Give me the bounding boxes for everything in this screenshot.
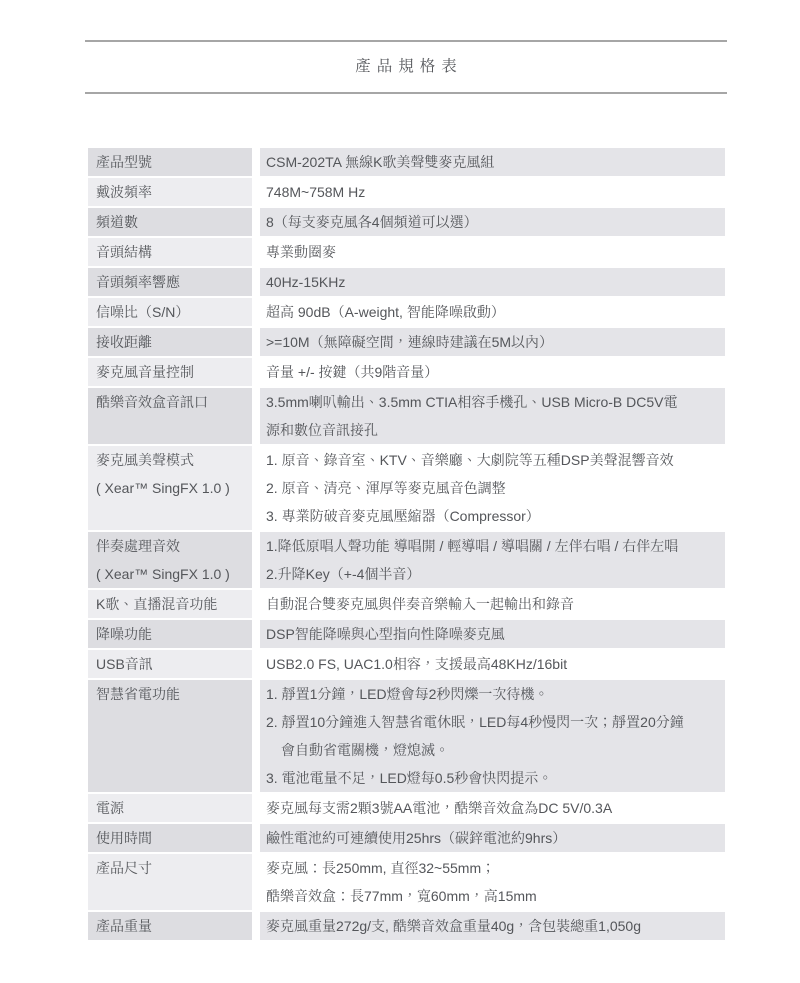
- spec-value-cell: 1. 靜置1分鐘，LED燈會每2秒閃爍一次待機。2. 靜置10分鐘進入智慧省電休…: [260, 680, 725, 792]
- spec-label-cell: 麥克風美聲模式( Xear™ SingFX 1.0 ): [88, 446, 252, 530]
- spec-value-cell: 3.5mm喇叭輸出、3.5mm CTIA相容手機孔、USB Micro-B DC…: [260, 388, 725, 444]
- page-title: 產品規格表: [85, 57, 727, 77]
- spec-value-cell: 1. 原音、錄音室、KTV、音樂廳、大劇院等五種DSP美聲混響音效2. 原音、清…: [260, 446, 725, 530]
- spec-value-cell: 748M~758M Hz: [260, 178, 725, 206]
- spec-row: 降噪功能 DSP智能降噪與心型指向性降噪麥克風: [88, 620, 725, 648]
- spec-value-line: 麥克風重量272g/支, 酷樂音效盒重量40g，含包裝總重1,050g: [266, 912, 725, 940]
- spec-label-line: 智慧省電功能: [96, 680, 252, 708]
- spec-label-line: 產品型號: [96, 148, 252, 176]
- spec-value-line: 超高 90dB（A-weight, 智能降噪啟動）: [266, 298, 725, 326]
- spec-row: 戴波頻率 748M~758M Hz: [88, 178, 725, 206]
- spec-row: 電源 麥克風每支需2顆3號AA電池，酷樂音效盒為DC 5V/0.3A: [88, 794, 725, 822]
- spec-table: 產品型號 CSM-202TA 無線K歌美聲雙麥克風組 戴波頻率 748M~758…: [88, 148, 725, 942]
- spec-label-cell: 使用時間: [88, 824, 252, 852]
- spec-row: 智慧省電功能 1. 靜置1分鐘，LED燈會每2秒閃爍一次待機。2. 靜置10分鐘…: [88, 680, 725, 792]
- spec-value-line: 專業動圈麥: [266, 238, 725, 266]
- spec-label-line: 產品重量: [96, 912, 252, 940]
- spec-row: 信噪比（S/N） 超高 90dB（A-weight, 智能降噪啟動）: [88, 298, 725, 326]
- spec-label-line: 麥克風音量控制: [96, 358, 252, 386]
- spec-value-cell: >=10M（無障礙空間，連線時建議在5M以內）: [260, 328, 725, 356]
- spec-value-line: 3. 電池電量不足，LED燈每0.5秒會快閃提示。: [266, 764, 725, 792]
- title-bottom-rule: [85, 92, 727, 94]
- spec-value-line: 自動混合雙麥克風與伴奏音樂輸入一起輸出和錄音: [266, 590, 725, 618]
- spec-value-line: 音量 +/- 按鍵（共9階音量）: [266, 358, 725, 386]
- spec-value-cell: 專業動圈麥: [260, 238, 725, 266]
- spec-label-cell: 產品尺寸: [88, 854, 252, 910]
- spec-row: 接收距離 >=10M（無障礙空間，連線時建議在5M以內）: [88, 328, 725, 356]
- spec-row: 音頭結構 專業動圈麥: [88, 238, 725, 266]
- spec-value-line: 會自動省電關機，燈熄滅。: [266, 736, 725, 764]
- spec-label-cell: 智慧省電功能: [88, 680, 252, 792]
- spec-label-line: USB音訊: [96, 650, 252, 678]
- spec-label-line: 使用時間: [96, 824, 252, 852]
- spec-label-line: ( Xear™ SingFX 1.0 ): [96, 474, 252, 502]
- spec-label-cell: 音頭頻率響應: [88, 268, 252, 296]
- spec-label-cell: 電源: [88, 794, 252, 822]
- spec-value-line: 1. 靜置1分鐘，LED燈會每2秒閃爍一次待機。: [266, 680, 725, 708]
- spec-row: 頻道數 8（每支麥克風各4個頻道可以選）: [88, 208, 725, 236]
- spec-label-cell: 戴波頻率: [88, 178, 252, 206]
- spec-row: 麥克風美聲模式( Xear™ SingFX 1.0 ) 1. 原音、錄音室、KT…: [88, 446, 725, 530]
- title-top-rule: [85, 40, 727, 42]
- spec-label-cell: 麥克風音量控制: [88, 358, 252, 386]
- spec-value-cell: 麥克風每支需2顆3號AA電池，酷樂音效盒為DC 5V/0.3A: [260, 794, 725, 822]
- spec-value-line: 麥克風每支需2顆3號AA電池，酷樂音效盒為DC 5V/0.3A: [266, 794, 725, 822]
- product-spec-sheet: 產品規格表 產品型號 CSM-202TA 無線K歌美聲雙麥克風組 戴波頻率 74…: [0, 0, 800, 983]
- spec-label-line: 接收距離: [96, 328, 252, 356]
- spec-label-cell: 信噪比（S/N）: [88, 298, 252, 326]
- spec-label-cell: 產品重量: [88, 912, 252, 940]
- spec-row: 伴奏處理音效( Xear™ SingFX 1.0 ) 1.降低原唱人聲功能 導唱…: [88, 532, 725, 588]
- spec-label-cell: 頻道數: [88, 208, 252, 236]
- spec-value-line: 鹼性電池約可連續使用25hrs（碳鋅電池約9hrs）: [266, 824, 725, 852]
- spec-value-line: USB2.0 FS, UAC1.0相容，支援最高48KHz/16bit: [266, 650, 725, 678]
- spec-row: 酷樂音效盒音訊口 3.5mm喇叭輸出、3.5mm CTIA相容手機孔、USB M…: [88, 388, 725, 444]
- spec-value-cell: 麥克風重量272g/支, 酷樂音效盒重量40g，含包裝總重1,050g: [260, 912, 725, 940]
- spec-label-line: 麥克風美聲模式: [96, 446, 252, 474]
- spec-value-line: 1.降低原唱人聲功能 導唱開 / 輕導唱 / 導唱關 / 左伴右唱 / 右伴左唱: [266, 532, 725, 560]
- spec-label-line: 音頭頻率響應: [96, 268, 252, 296]
- spec-label-line: 音頭結構: [96, 238, 252, 266]
- spec-value-line: 3.5mm喇叭輸出、3.5mm CTIA相容手機孔、USB Micro-B DC…: [266, 388, 725, 416]
- spec-row: 產品尺寸 麥克風：長250mm, 直徑32~55mm；酷樂音效盒：長77mm，寬…: [88, 854, 725, 910]
- spec-value-line: 40Hz-15KHz: [266, 268, 725, 296]
- spec-value-cell: CSM-202TA 無線K歌美聲雙麥克風組: [260, 148, 725, 176]
- spec-value-cell: 自動混合雙麥克風與伴奏音樂輸入一起輸出和錄音: [260, 590, 725, 618]
- spec-label-cell: K歌、直播混音功能: [88, 590, 252, 618]
- spec-row: 產品重量 麥克風重量272g/支, 酷樂音效盒重量40g，含包裝總重1,050g: [88, 912, 725, 940]
- spec-value-cell: 40Hz-15KHz: [260, 268, 725, 296]
- spec-label-line: ( Xear™ SingFX 1.0 ): [96, 560, 252, 588]
- spec-value-cell: USB2.0 FS, UAC1.0相容，支援最高48KHz/16bit: [260, 650, 725, 678]
- spec-row: K歌、直播混音功能 自動混合雙麥克風與伴奏音樂輸入一起輸出和錄音: [88, 590, 725, 618]
- spec-label-cell: 伴奏處理音效( Xear™ SingFX 1.0 ): [88, 532, 252, 588]
- spec-value-line: 1. 原音、錄音室、KTV、音樂廳、大劇院等五種DSP美聲混響音效: [266, 446, 725, 474]
- spec-value-line: DSP智能降噪與心型指向性降噪麥克風: [266, 620, 725, 648]
- spec-label-line: 信噪比（S/N）: [96, 298, 252, 326]
- spec-value-cell: 麥克風：長250mm, 直徑32~55mm；酷樂音效盒：長77mm，寬60mm，…: [260, 854, 725, 910]
- spec-label-line: 降噪功能: [96, 620, 252, 648]
- spec-label-cell: 酷樂音效盒音訊口: [88, 388, 252, 444]
- spec-label-line: 頻道數: [96, 208, 252, 236]
- spec-label-cell: 降噪功能: [88, 620, 252, 648]
- spec-value-cell: 8（每支麥克風各4個頻道可以選）: [260, 208, 725, 236]
- spec-value-line: 8（每支麥克風各4個頻道可以選）: [266, 208, 725, 236]
- spec-value-cell: 音量 +/- 按鍵（共9階音量）: [260, 358, 725, 386]
- spec-value-cell: 超高 90dB（A-weight, 智能降噪啟動）: [260, 298, 725, 326]
- spec-value-line: 2. 靜置10分鐘進入智慧省電休眠，LED每4秒慢閃一次；靜置20分鐘: [266, 708, 725, 736]
- spec-label-line: 伴奏處理音效: [96, 532, 252, 560]
- spec-value-line: CSM-202TA 無線K歌美聲雙麥克風組: [266, 148, 725, 176]
- spec-label-line: K歌、直播混音功能: [96, 590, 252, 618]
- spec-value-line: 麥克風：長250mm, 直徑32~55mm；: [266, 854, 725, 882]
- spec-value-line: 源和數位音訊接孔: [266, 416, 725, 444]
- spec-row: 音頭頻率響應 40Hz-15KHz: [88, 268, 725, 296]
- spec-value-line: 3. 專業防破音麥克風壓縮器（Compressor）: [266, 502, 725, 530]
- spec-value-line: 748M~758M Hz: [266, 178, 725, 206]
- spec-row: 麥克風音量控制 音量 +/- 按鍵（共9階音量）: [88, 358, 725, 386]
- spec-label-line: 酷樂音效盒音訊口: [96, 388, 252, 416]
- spec-row: 產品型號 CSM-202TA 無線K歌美聲雙麥克風組: [88, 148, 725, 176]
- spec-label-cell: 音頭結構: [88, 238, 252, 266]
- spec-label-line: 戴波頻率: [96, 178, 252, 206]
- spec-label-cell: 產品型號: [88, 148, 252, 176]
- spec-label-line: 產品尺寸: [96, 854, 252, 882]
- spec-row: USB音訊 USB2.0 FS, UAC1.0相容，支援最高48KHz/16bi…: [88, 650, 725, 678]
- spec-label-line: 電源: [96, 794, 252, 822]
- spec-row: 使用時間 鹼性電池約可連續使用25hrs（碳鋅電池約9hrs）: [88, 824, 725, 852]
- spec-label-cell: 接收距離: [88, 328, 252, 356]
- spec-label-cell: USB音訊: [88, 650, 252, 678]
- spec-value-cell: 1.降低原唱人聲功能 導唱開 / 輕導唱 / 導唱關 / 左伴右唱 / 右伴左唱…: [260, 532, 725, 588]
- spec-value-line: 酷樂音效盒：長77mm，寬60mm，高15mm: [266, 882, 725, 910]
- spec-value-cell: DSP智能降噪與心型指向性降噪麥克風: [260, 620, 725, 648]
- spec-value-line: >=10M（無障礙空間，連線時建議在5M以內）: [266, 328, 725, 356]
- spec-value-line: 2. 原音、清亮、渾厚等麥克風音色調整: [266, 474, 725, 502]
- spec-value-cell: 鹼性電池約可連續使用25hrs（碳鋅電池約9hrs）: [260, 824, 725, 852]
- spec-value-line: 2.升降Key（+-4個半音）: [266, 560, 725, 588]
